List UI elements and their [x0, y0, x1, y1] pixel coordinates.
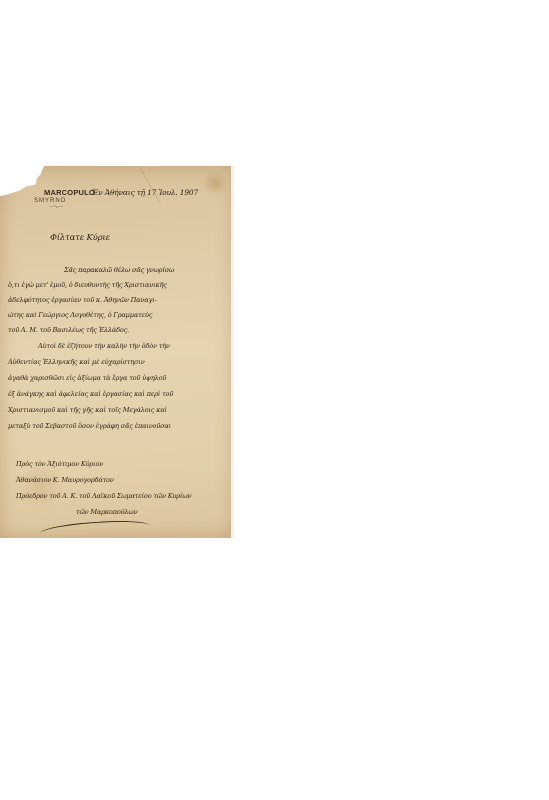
dateline: Ἐν Ἀθήναις τῇ 17 Ἰουλ. 1907	[92, 188, 198, 197]
body-line: Αὐθεντίας Ἑλληνικῆς καὶ μὲ εὐχαρίστησιν	[8, 358, 145, 366]
letterhead-name: MARCOPULO	[44, 188, 95, 197]
letterhead: MARCOPULO SMYRNO —∿—	[44, 188, 95, 210]
body-line: ἀγαθὰ χαρισθῶσι εἰς ἀξίωμα τὰ ἔργα τοῦ ὑ…	[8, 374, 166, 382]
closing-line: Πρὸς τὸν Ἀξιότιμον Κύριον	[16, 460, 103, 468]
body-line: ώτης καὶ Γεώργιος Λογοθέτης, ὁ Γραμματεὺ…	[8, 311, 152, 319]
body-line: μεταξὺ τοῦ Σεβαστοῦ ὅσον ἐγράφη σᾶς ἐπαι…	[8, 422, 171, 430]
paper-fold-line	[140, 168, 161, 203]
body-line: Αὐτοὶ δὲ ἐζήτουν τὴν καλὴν τὴν ὁδὸν τὴν	[38, 342, 170, 350]
closing-line: τῶν Μαρκοπούλων	[76, 508, 137, 516]
body-line: ἀδελφότητος ἐργασίαν τοῦ κ. Ἀθηνῶν Παναγ…	[8, 296, 157, 304]
body-line: Χριστιανισμοῦ καὶ τῆς γῆς καὶ τοῖς Μεγάλ…	[8, 406, 167, 414]
closing-line: Ἀθανάσιον Κ. Μαυρογορδάτον	[16, 476, 114, 484]
letter-paper: MARCOPULO SMYRNO —∿— Ἐν Ἀθήναις τῇ 17 Ἰο…	[0, 166, 234, 538]
paper-stain	[200, 172, 230, 194]
body-line: Σᾶς παρακαλῶ θέλω σᾶς γνωρίσω	[64, 266, 174, 274]
signature-flourish	[40, 518, 151, 538]
body-line: ὅ,τι ἐγὼ μετ' ἐμοῦ, ὁ διευθυντὴς τῆς Χρι…	[8, 281, 167, 289]
letterhead-ornament: —∿—	[49, 204, 95, 210]
salutation: Φίλτατε Κύριε	[50, 233, 110, 243]
body-line: τοῦ Α. Μ. τοῦ Βασιλέως τῆς Ἑλλάδος.	[8, 326, 129, 334]
paper-stain	[10, 466, 70, 506]
body-line: ἐξ ἀνάγκης καὶ ἀφελείας καὶ ἐργασίας καὶ…	[8, 390, 173, 398]
closing-line: Πρόεδρον τοῦ Α. Κ. τοῦ Λαϊκοῦ Σωματείου …	[16, 492, 191, 500]
